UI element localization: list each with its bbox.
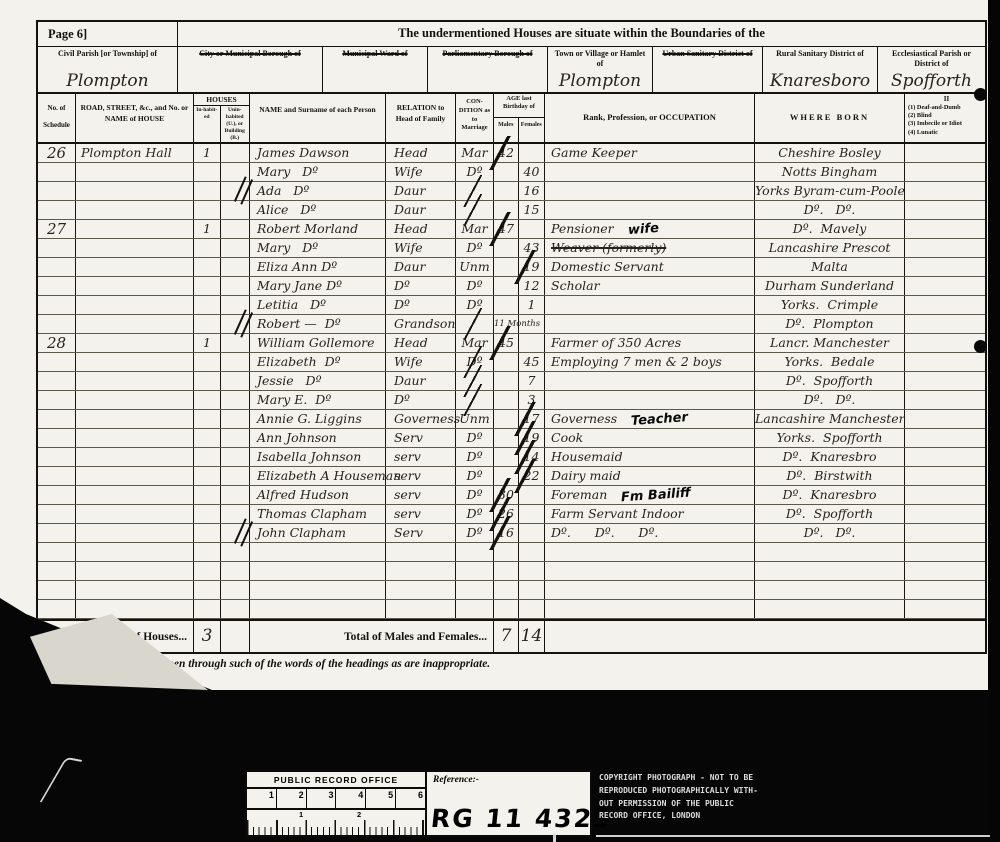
cell-age-female: 22 bbox=[519, 467, 545, 485]
locality-label: Urban Sanitary District of bbox=[653, 47, 762, 59]
cell-schedule bbox=[38, 391, 76, 409]
totals-row: Total of Houses... 3 Total of Males and … bbox=[38, 619, 985, 652]
cell-age-female bbox=[519, 562, 545, 580]
col-schedule: No. of Schedule bbox=[38, 94, 76, 142]
cell-schedule bbox=[38, 182, 76, 200]
cell-inhabited bbox=[194, 353, 221, 371]
cell-age-female bbox=[519, 543, 545, 561]
cell-age-male bbox=[494, 296, 519, 314]
table-row: Isabella JohnsonservDº14HousemaidDº. Kna… bbox=[38, 448, 985, 467]
cell-inhabited bbox=[194, 277, 221, 295]
cell-condition: Mar bbox=[456, 220, 494, 238]
cell-name: Mary Dº bbox=[250, 239, 386, 257]
cell-house bbox=[76, 258, 194, 276]
table-row: Mary Jane DºDºDº12ScholarDurham Sunderla… bbox=[38, 277, 985, 296]
cell-infirmity bbox=[905, 467, 985, 485]
cell-condition bbox=[456, 581, 494, 599]
pen-squiggle bbox=[40, 757, 83, 805]
cell-where-born bbox=[755, 543, 905, 561]
cell-uninhabited bbox=[221, 258, 250, 276]
cell-schedule: 26 bbox=[38, 144, 76, 162]
cell-condition: Dº bbox=[456, 524, 494, 542]
cell-where-born: Dº. Dº. bbox=[755, 201, 905, 219]
occupation-text: Governess bbox=[551, 411, 617, 426]
table-row: Alice DºDaur15Dº. Dº. bbox=[38, 201, 985, 220]
cell-schedule bbox=[38, 524, 76, 542]
total-mf-label: Total of Males and Females... bbox=[250, 621, 494, 652]
cell-name: Robert — Dº bbox=[250, 315, 386, 333]
cell-inhabited bbox=[194, 600, 221, 618]
infirmity-item: (2) Blind bbox=[908, 112, 985, 120]
cell-age-female bbox=[519, 505, 545, 523]
col-relation: RELATION to Head of Family bbox=[386, 94, 456, 142]
cell-age-male bbox=[494, 201, 519, 219]
cell-house bbox=[76, 410, 194, 428]
cell-age-male: 45 bbox=[494, 334, 519, 352]
cell-relation: Governess bbox=[386, 410, 456, 428]
cell-inhabited bbox=[194, 524, 221, 542]
cell-inhabited bbox=[194, 410, 221, 428]
cell-occupation: Farm Servant Indoor bbox=[545, 505, 755, 523]
cell-occupation: Employing 7 men & 2 boys bbox=[545, 353, 755, 371]
occupation-text: Game Keeper bbox=[551, 145, 637, 160]
cell-age-male bbox=[494, 410, 519, 428]
cell-relation: serv bbox=[386, 486, 456, 504]
cell-where-born: Dº. Spofforth bbox=[755, 505, 905, 523]
cell-age-male bbox=[494, 467, 519, 485]
cell-age-female: 19 bbox=[519, 258, 545, 276]
cell-infirmity bbox=[905, 220, 985, 238]
cell-uninhabited bbox=[221, 239, 250, 257]
total-males-value: 7 bbox=[501, 628, 512, 645]
cell-house bbox=[76, 239, 194, 257]
cell-schedule bbox=[38, 600, 76, 618]
cell-inhabited bbox=[194, 429, 221, 447]
cell-infirmity bbox=[905, 315, 985, 333]
cell-inhabited bbox=[194, 296, 221, 314]
cell-where-born: Malta bbox=[755, 258, 905, 276]
cell-age-male bbox=[494, 239, 519, 257]
cell-infirmity bbox=[905, 410, 985, 428]
cell-name: James Dawson bbox=[250, 144, 386, 162]
table-row: John ClaphamServDº16Dº. Dº. Dº.Dº. Dº. bbox=[38, 524, 985, 543]
cell-house bbox=[76, 524, 194, 542]
col-infirmity: II (1) Deaf-and-Dumb(2) Blind(3) Imbecil… bbox=[905, 94, 985, 142]
cell-schedule bbox=[38, 505, 76, 523]
cell-age-male: 30 bbox=[494, 486, 519, 504]
cell-age-female bbox=[519, 486, 545, 504]
cell-uninhabited bbox=[221, 410, 250, 428]
cell-schedule bbox=[38, 296, 76, 314]
cell-condition: Dº bbox=[456, 163, 494, 181]
locality-cell: Ecclesiastical Parish or District ofSpof… bbox=[878, 47, 985, 92]
cell-house bbox=[76, 486, 194, 504]
cell-where-born: Yorks. Crimple bbox=[755, 296, 905, 314]
cell-condition bbox=[456, 391, 494, 409]
col-uninhabited: Unin-habited (U.), or Building (B.) bbox=[221, 106, 249, 142]
cell-age-male bbox=[494, 182, 519, 200]
col-houses-title: HOUSES bbox=[194, 94, 249, 106]
cell-relation: Head bbox=[386, 220, 456, 238]
cell-where-born: Durham Sunderland bbox=[755, 277, 905, 295]
stamp-ruler-panel: PUBLIC RECORD OFFICE 123456 12 bbox=[247, 772, 427, 835]
cell-house bbox=[76, 448, 194, 466]
table-row bbox=[38, 562, 985, 581]
cell-inhabited bbox=[194, 467, 221, 485]
total-females-value: 14 bbox=[521, 628, 543, 645]
cell-occupation bbox=[545, 600, 755, 618]
cell-age-female: 14 bbox=[519, 448, 545, 466]
cell-house bbox=[76, 315, 194, 333]
cell-house bbox=[76, 163, 194, 181]
cell-name: Elizabeth Dº bbox=[250, 353, 386, 371]
cell-relation: serv bbox=[386, 448, 456, 466]
occupation-text: Scholar bbox=[551, 278, 600, 293]
locality-label: Ecclesiastical Parish or District of bbox=[878, 47, 985, 69]
cell-name: William Gollemore bbox=[250, 334, 386, 352]
occupation-text: Dairy maid bbox=[551, 468, 621, 483]
cell-name: Ada Dº bbox=[250, 182, 386, 200]
cell-relation: Serv bbox=[386, 429, 456, 447]
cell-name: Mary Dº bbox=[250, 163, 386, 181]
cell-relation: Daur bbox=[386, 201, 456, 219]
cell-uninhabited bbox=[221, 543, 250, 561]
cell-condition: Dº bbox=[456, 277, 494, 295]
cell-age-male bbox=[494, 277, 519, 295]
cell-relation bbox=[386, 581, 456, 599]
clerk-annotation: Teacher bbox=[631, 409, 689, 431]
cell-occupation bbox=[545, 391, 755, 409]
table-row: 26Plompton Hall1James DawsonHeadMar42Gam… bbox=[38, 144, 985, 163]
infirmity-item: (1) Deaf-and-Dumb bbox=[908, 104, 985, 112]
cell-relation: Dº bbox=[386, 296, 456, 314]
table-row: Annie G. LigginsGovernessUnm17GovernessT… bbox=[38, 410, 985, 429]
cell-age-female bbox=[519, 524, 545, 542]
cell-where-born bbox=[755, 562, 905, 580]
cell-condition: Dº bbox=[456, 239, 494, 257]
clerk-annotation: Fm Bailiff bbox=[621, 485, 692, 508]
column-headers: No. of Schedule ROAD, STREET, &c., and N… bbox=[38, 94, 985, 144]
cell-name: Thomas Clapham bbox=[250, 505, 386, 523]
cell-where-born: Dº. Plompton bbox=[755, 315, 905, 333]
cell-occupation bbox=[545, 315, 755, 333]
cell-occupation: Farmer of 350 Acres bbox=[545, 334, 755, 352]
cell-condition: Dº bbox=[456, 429, 494, 447]
cell-name bbox=[250, 600, 386, 618]
cell-house bbox=[76, 334, 194, 352]
cell-infirmity bbox=[905, 277, 985, 295]
cell-house bbox=[76, 505, 194, 523]
cell-occupation: Domestic Servant bbox=[545, 258, 755, 276]
cell-infirmity bbox=[905, 201, 985, 219]
cell-condition bbox=[456, 543, 494, 561]
totals-gap bbox=[221, 621, 250, 652]
table-row: Mary DºWifeDº40Notts Bingham bbox=[38, 163, 985, 182]
cell-name: Annie G. Liggins bbox=[250, 410, 386, 428]
cell-age-female bbox=[519, 334, 545, 352]
ruler-inch-number: 5 bbox=[366, 789, 396, 808]
cell-infirmity bbox=[905, 543, 985, 561]
cell-house bbox=[76, 429, 194, 447]
cell-name: Elizabeth A Houseman bbox=[250, 467, 386, 485]
cell-occupation bbox=[545, 543, 755, 561]
cell-occupation: Scholar bbox=[545, 277, 755, 295]
cell-inhabited bbox=[194, 486, 221, 504]
cell-condition bbox=[456, 562, 494, 580]
binder-hole bbox=[974, 88, 987, 101]
locality-cell: City or Municipal Borough of bbox=[178, 47, 323, 92]
cell-relation: Dº bbox=[386, 277, 456, 295]
cell-house bbox=[76, 277, 194, 295]
cell-house bbox=[76, 391, 194, 409]
cell-condition: Mar bbox=[456, 144, 494, 162]
cell-inhabited bbox=[194, 543, 221, 561]
cell-uninhabited bbox=[221, 334, 250, 352]
cell-condition: Dº bbox=[456, 353, 494, 371]
cell-age-male: 26 bbox=[494, 505, 519, 523]
cell-age-male bbox=[494, 429, 519, 447]
cell-uninhabited bbox=[221, 391, 250, 409]
cell-relation: Daur bbox=[386, 182, 456, 200]
cell-occupation: Housemaid bbox=[545, 448, 755, 466]
cell-house bbox=[76, 562, 194, 580]
occupation-text: Housemaid bbox=[551, 449, 623, 464]
cell-name: Alice Dº bbox=[250, 201, 386, 219]
cell-relation: Wife bbox=[386, 239, 456, 257]
cell-infirmity bbox=[905, 581, 985, 599]
cell-uninhabited bbox=[221, 467, 250, 485]
cell-infirmity bbox=[905, 524, 985, 542]
cell-occupation bbox=[545, 201, 755, 219]
cell-age-female bbox=[519, 220, 545, 238]
cell-age-male bbox=[494, 391, 519, 409]
table-row: Elizabeth A HousemanservDº22Dairy maidDº… bbox=[38, 467, 985, 486]
cell-where-born: Dº. Knaresbro bbox=[755, 486, 905, 504]
cell-age-male bbox=[494, 353, 519, 371]
cell-uninhabited bbox=[221, 353, 250, 371]
cell-occupation: Game Keeper bbox=[545, 144, 755, 162]
locality-cell: Municipal Ward of bbox=[323, 47, 428, 92]
cell-uninhabited bbox=[221, 277, 250, 295]
table-row: Eliza Ann DºDaurUnm19Domestic ServantMal… bbox=[38, 258, 985, 277]
cell-relation: serv bbox=[386, 467, 456, 485]
cell-age-female: 1 bbox=[519, 296, 545, 314]
cell-age-female: 43 bbox=[519, 239, 545, 257]
cell-age-female: 17 bbox=[519, 410, 545, 428]
infirmity-list: (1) Deaf-and-Dumb(2) Blind(3) Imbecile o… bbox=[908, 104, 985, 137]
cell-occupation bbox=[545, 581, 755, 599]
cell-age-female bbox=[519, 581, 545, 599]
cell-age-male bbox=[494, 600, 519, 618]
cell-occupation: Pensionerwife bbox=[545, 220, 755, 238]
cell-schedule bbox=[38, 429, 76, 447]
cell-schedule bbox=[38, 277, 76, 295]
totals-blank bbox=[545, 621, 985, 652]
cell-name: Mary Jane Dº bbox=[250, 277, 386, 295]
cell-age-female: 7 bbox=[519, 372, 545, 390]
cell-where-born: Dº. Dº. bbox=[755, 524, 905, 542]
cell-age-male bbox=[494, 562, 519, 580]
stamp-reference-panel: Reference:- RG 11 4325 bbox=[427, 772, 590, 835]
locality-value: Spofforth bbox=[878, 71, 985, 91]
cell-relation: Head bbox=[386, 144, 456, 162]
ruler-inch-number: 1 bbox=[247, 789, 277, 808]
public-record-office-stamp: PUBLIC RECORD OFFICE 123456 12 Reference… bbox=[245, 770, 592, 837]
cell-schedule bbox=[38, 163, 76, 181]
cell-house bbox=[76, 201, 194, 219]
col-road: ROAD, STREET, &c., and No. or NAME of HO… bbox=[76, 94, 194, 142]
col-condition: CON-DITION as to Marriage bbox=[456, 94, 494, 142]
cell-schedule bbox=[38, 315, 76, 333]
col-where-born: WHERE BORN bbox=[755, 94, 905, 142]
occupation-text: Cook bbox=[551, 430, 583, 445]
cell-where-born: Yorks Byram-cum-Poole bbox=[755, 182, 905, 200]
cell-schedule bbox=[38, 372, 76, 390]
cell-inhabited bbox=[194, 448, 221, 466]
cell-inhabited bbox=[194, 315, 221, 333]
table-row: 271Robert MorlandHeadMar47PensionerwifeD… bbox=[38, 220, 985, 239]
cell-inhabited: 1 bbox=[194, 334, 221, 352]
cell-inhabited bbox=[194, 581, 221, 599]
cell-where-born: Dº. Spofforth bbox=[755, 372, 905, 390]
locality-label: Civil Parish [or Township] of bbox=[38, 47, 177, 59]
cell-condition bbox=[456, 315, 494, 333]
table-row: Ann JohnsonServDº19CookYorks. Spofforth bbox=[38, 429, 985, 448]
locality-label: City or Municipal Borough of bbox=[178, 47, 322, 59]
cell-relation bbox=[386, 562, 456, 580]
table-row: Mary E. DºDº3Dº. Dº. bbox=[38, 391, 985, 410]
scan-artifact bbox=[553, 834, 556, 842]
table-row: Robert — DºGrandson11 MonthsDº. Plompton bbox=[38, 315, 985, 334]
cell-schedule bbox=[38, 448, 76, 466]
cell-age-female: 40 bbox=[519, 163, 545, 181]
col-name: NAME and Surname of each Person bbox=[250, 94, 386, 142]
cell-name: Alfred Hudson bbox=[250, 486, 386, 504]
table-row: Mary DºWifeDº43Weaver (formerly)Lancashi… bbox=[38, 239, 985, 258]
cell-uninhabited bbox=[221, 562, 250, 580]
cell-age-male bbox=[494, 543, 519, 561]
table-body: 26Plompton Hall1James DawsonHeadMar42Gam… bbox=[38, 144, 985, 619]
cell-age-female bbox=[519, 600, 545, 618]
cell-uninhabited bbox=[221, 448, 250, 466]
table-row: Jessie DºDaur7Dº. Spofforth bbox=[38, 372, 985, 391]
col-age-title: AGE last Birthday of bbox=[494, 94, 544, 118]
cell-schedule bbox=[38, 353, 76, 371]
cell-house bbox=[76, 296, 194, 314]
stamp-number-row: 123456 bbox=[247, 789, 425, 810]
cell-occupation bbox=[545, 163, 755, 181]
cell-infirmity bbox=[905, 163, 985, 181]
cell-schedule bbox=[38, 239, 76, 257]
cell-uninhabited bbox=[221, 220, 250, 238]
cell-condition bbox=[456, 201, 494, 219]
infirmity-item: (4) Lunatic bbox=[908, 129, 985, 137]
cell-condition: Unm bbox=[456, 258, 494, 276]
cell-uninhabited bbox=[221, 372, 250, 390]
occupation-text: Domestic Servant bbox=[551, 259, 664, 274]
census-page: Page 6] The undermentioned Houses are si… bbox=[0, 0, 988, 690]
col-age: AGE last Birthday of Males Females bbox=[494, 94, 545, 142]
cell-schedule bbox=[38, 258, 76, 276]
cell-relation: Serv bbox=[386, 524, 456, 542]
cell-infirmity bbox=[905, 258, 985, 276]
cell-name: Robert Morland bbox=[250, 220, 386, 238]
occupation-text: Dº. Dº. Dº. bbox=[551, 525, 658, 540]
ruler-inch-number: 2 bbox=[277, 789, 307, 808]
cell-relation: Wife bbox=[386, 163, 456, 181]
cell-infirmity bbox=[905, 562, 985, 580]
cell-uninhabited bbox=[221, 486, 250, 504]
cell-inhabited bbox=[194, 505, 221, 523]
table-row: Alfred HudsonservDº30ForemanFm BailiffDº… bbox=[38, 486, 985, 505]
cell-condition: Mar bbox=[456, 334, 494, 352]
cell-uninhabited bbox=[221, 201, 250, 219]
locality-label: Town or Village or Hamlet of bbox=[548, 47, 652, 69]
cell-relation: Daur bbox=[386, 258, 456, 276]
occupation-text: Pensioner bbox=[551, 221, 614, 236]
cell-name bbox=[250, 543, 386, 561]
cell-condition: Unm bbox=[456, 410, 494, 428]
total-houses-value: 3 bbox=[202, 628, 213, 645]
cell-age-male bbox=[494, 372, 519, 390]
locality-cell: Town or Village or Hamlet ofPlompton bbox=[548, 47, 653, 92]
locality-cell: Civil Parish [or Township] ofPlompton bbox=[38, 47, 178, 92]
cell-occupation bbox=[545, 372, 755, 390]
occupation-text: Foreman bbox=[551, 487, 607, 502]
locality-cell: Urban Sanitary District of bbox=[653, 47, 763, 92]
col-inhabited: In-habit-ed bbox=[194, 106, 221, 142]
cell-age-male bbox=[494, 581, 519, 599]
scan-edge bbox=[988, 0, 1000, 842]
occupation-text: Weaver (formerly) bbox=[551, 240, 666, 255]
cell-infirmity bbox=[905, 600, 985, 618]
col-occupation: Rank, Profession, or OCCUPATION bbox=[545, 94, 755, 142]
cell-schedule bbox=[38, 410, 76, 428]
cell-age-male: 42 bbox=[494, 144, 519, 162]
cell-uninhabited bbox=[221, 144, 250, 162]
ruler-inch-number: 4 bbox=[336, 789, 366, 808]
cell-occupation: GovernessTeacher bbox=[545, 410, 755, 428]
cell-uninhabited bbox=[221, 600, 250, 618]
cell-condition: Dº bbox=[456, 486, 494, 504]
cell-inhabited bbox=[194, 391, 221, 409]
cell-where-born bbox=[755, 581, 905, 599]
cell-where-born: Dº. Knaresbro bbox=[755, 448, 905, 466]
cell-age-male bbox=[494, 448, 519, 466]
locality-label: Rural Sanitary District of bbox=[763, 47, 877, 59]
cell-schedule bbox=[38, 467, 76, 485]
cell-house bbox=[76, 467, 194, 485]
cell-occupation bbox=[545, 296, 755, 314]
cell-condition bbox=[456, 600, 494, 618]
table-row bbox=[38, 581, 985, 600]
stamp-office-title: PUBLIC RECORD OFFICE bbox=[247, 772, 425, 789]
cell-age-female: 12 bbox=[519, 277, 545, 295]
cell-condition: Dº bbox=[456, 296, 494, 314]
binder-hole bbox=[974, 340, 987, 353]
table-row: Ada DºDaur16Yorks Byram-cum-Poole bbox=[38, 182, 985, 201]
cell-schedule bbox=[38, 201, 76, 219]
cell-relation bbox=[386, 543, 456, 561]
cell-name: Isabella Johnson bbox=[250, 448, 386, 466]
cell-house bbox=[76, 182, 194, 200]
cell-condition: Dº bbox=[456, 505, 494, 523]
cell-where-born: Dº. Mavely bbox=[755, 220, 905, 238]
cell-inhabited bbox=[194, 562, 221, 580]
cell-age-female: 19 bbox=[519, 429, 545, 447]
page-number: Page 6] bbox=[38, 22, 178, 46]
cell-inhabited: 1 bbox=[194, 144, 221, 162]
